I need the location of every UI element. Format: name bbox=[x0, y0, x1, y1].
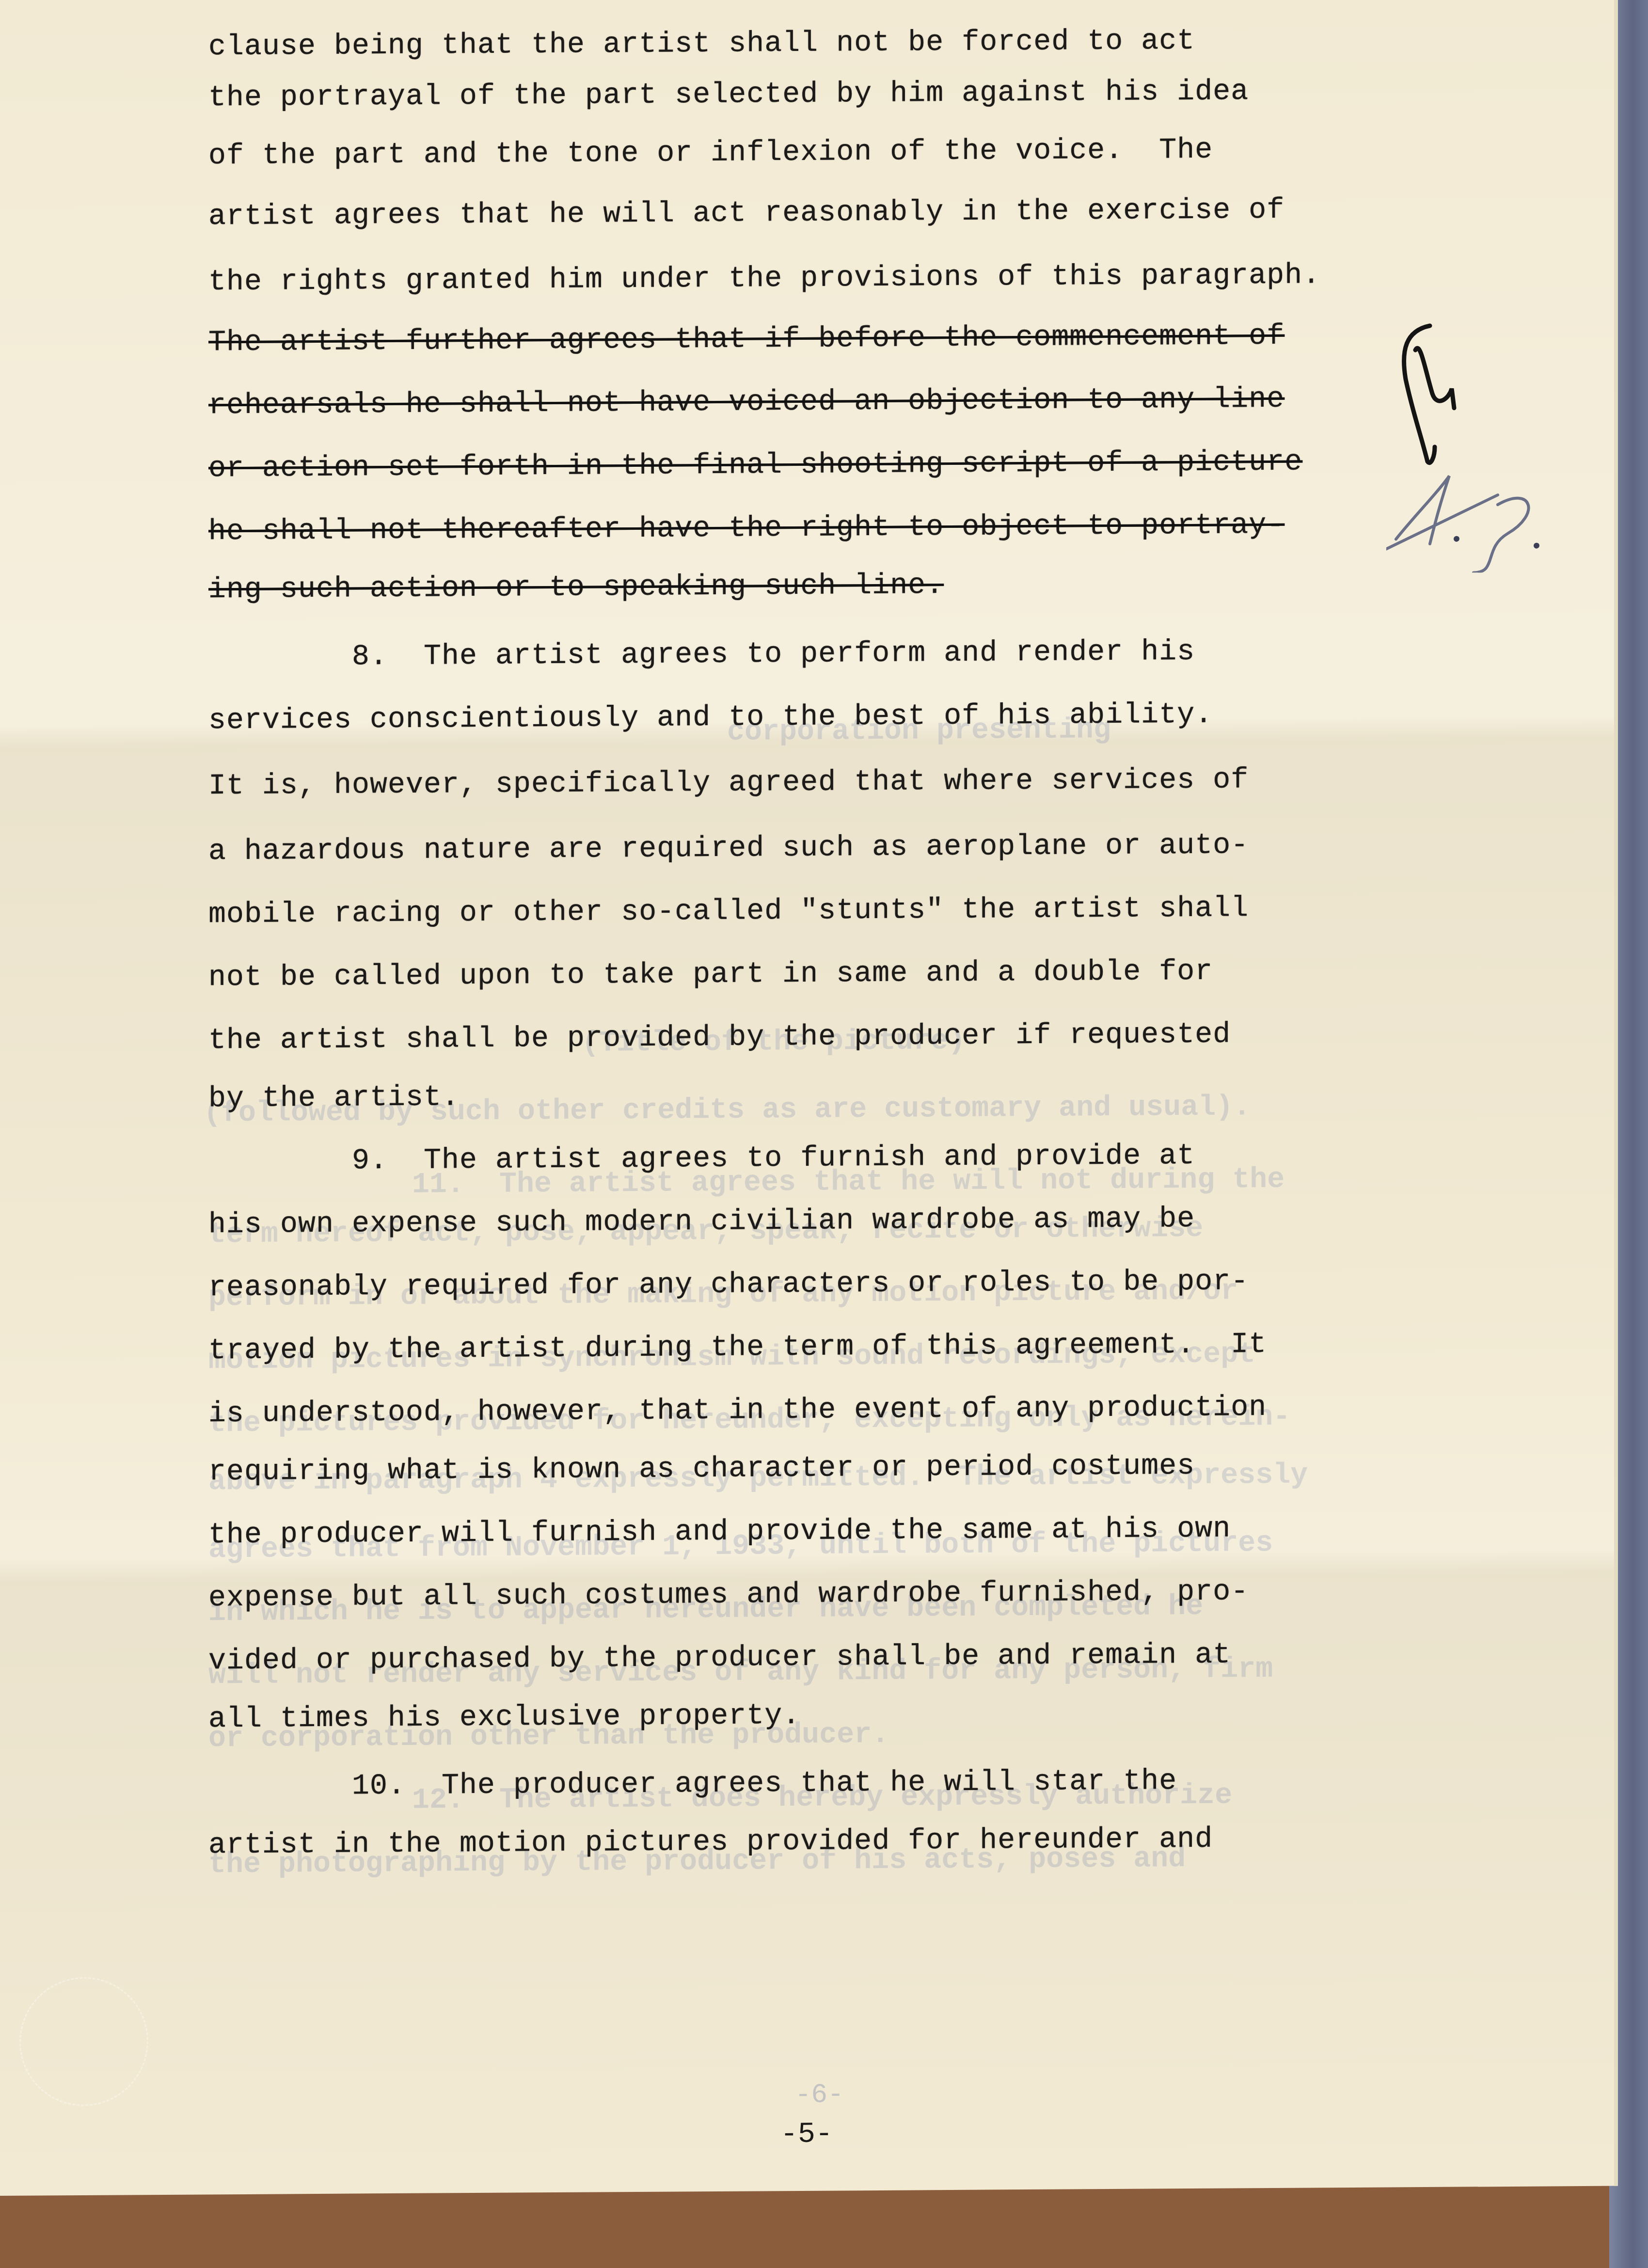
text-line: 10. The producer agrees that he will sta… bbox=[208, 1767, 1177, 1802]
ghost-page-number: -6- bbox=[795, 2079, 844, 2110]
struck-text-line: rehearsals he shall not have voiced an o… bbox=[208, 385, 1284, 421]
handwritten-initials-icon bbox=[1386, 320, 1551, 573]
text-line: It is, however, specifically agreed that… bbox=[208, 765, 1249, 801]
text-line: by the artist. bbox=[208, 1083, 460, 1113]
text-line: his own expense such modern civilian war… bbox=[208, 1205, 1195, 1239]
struck-text-line: he shall not thereafter have the right t… bbox=[208, 511, 1284, 547]
struck-text-line: ing such action or to speaking such line… bbox=[208, 571, 944, 604]
text-line: trayed by the artist during the term of … bbox=[208, 1330, 1267, 1365]
struck-text-line: The artist further agrees that if before… bbox=[208, 322, 1284, 358]
document-page: corporation presenting(Title of the pict… bbox=[0, 0, 1618, 2196]
text-line: a hazardous nature are required such as … bbox=[208, 831, 1249, 866]
page-number: -5- bbox=[780, 2118, 833, 2152]
text-line: 8. The artist agrees to perform and rend… bbox=[208, 637, 1195, 672]
typewritten-body: clause being that the artist shall not b… bbox=[208, 10, 1469, 18]
text-line: reasonably required for any characters o… bbox=[208, 1267, 1249, 1302]
text-line: services conscientiously and to the best… bbox=[208, 700, 1213, 736]
text-line: artist agrees that he will act reasonabl… bbox=[208, 196, 1284, 232]
text-line: not be called upon to take part in same … bbox=[208, 957, 1213, 993]
embossed-seal-icon bbox=[19, 1977, 148, 2107]
text-line: all times his exclusive property. bbox=[208, 1701, 800, 1734]
text-line: the producer will furnish and provide th… bbox=[208, 1514, 1231, 1550]
text-line: artist in the motion pictures provided f… bbox=[208, 1825, 1213, 1860]
struck-text-line: or action set forth in the final shootin… bbox=[208, 448, 1302, 484]
text-line: is understood, however, that in the even… bbox=[208, 1393, 1267, 1428]
text-line: of the part and the tone or inflexion of… bbox=[208, 136, 1213, 171]
text-line: 9. The artist agrees to furnish and prov… bbox=[208, 1142, 1195, 1176]
text-line: the artist shall be provided by the prod… bbox=[208, 1020, 1231, 1055]
text-line: the portrayal of the part selected by hi… bbox=[208, 77, 1249, 112]
text-line: expense but all such costumes and wardro… bbox=[208, 1577, 1249, 1613]
text-line: requiring what is known as character or … bbox=[208, 1452, 1195, 1487]
text-line: mobile racing or other so-called "stunts… bbox=[208, 894, 1249, 929]
text-line: vided or purchased by the producer shall… bbox=[208, 1640, 1231, 1676]
text-line: the rights granted him under the provisi… bbox=[208, 261, 1320, 297]
text-line: clause being that the artist shall not b… bbox=[208, 27, 1195, 62]
